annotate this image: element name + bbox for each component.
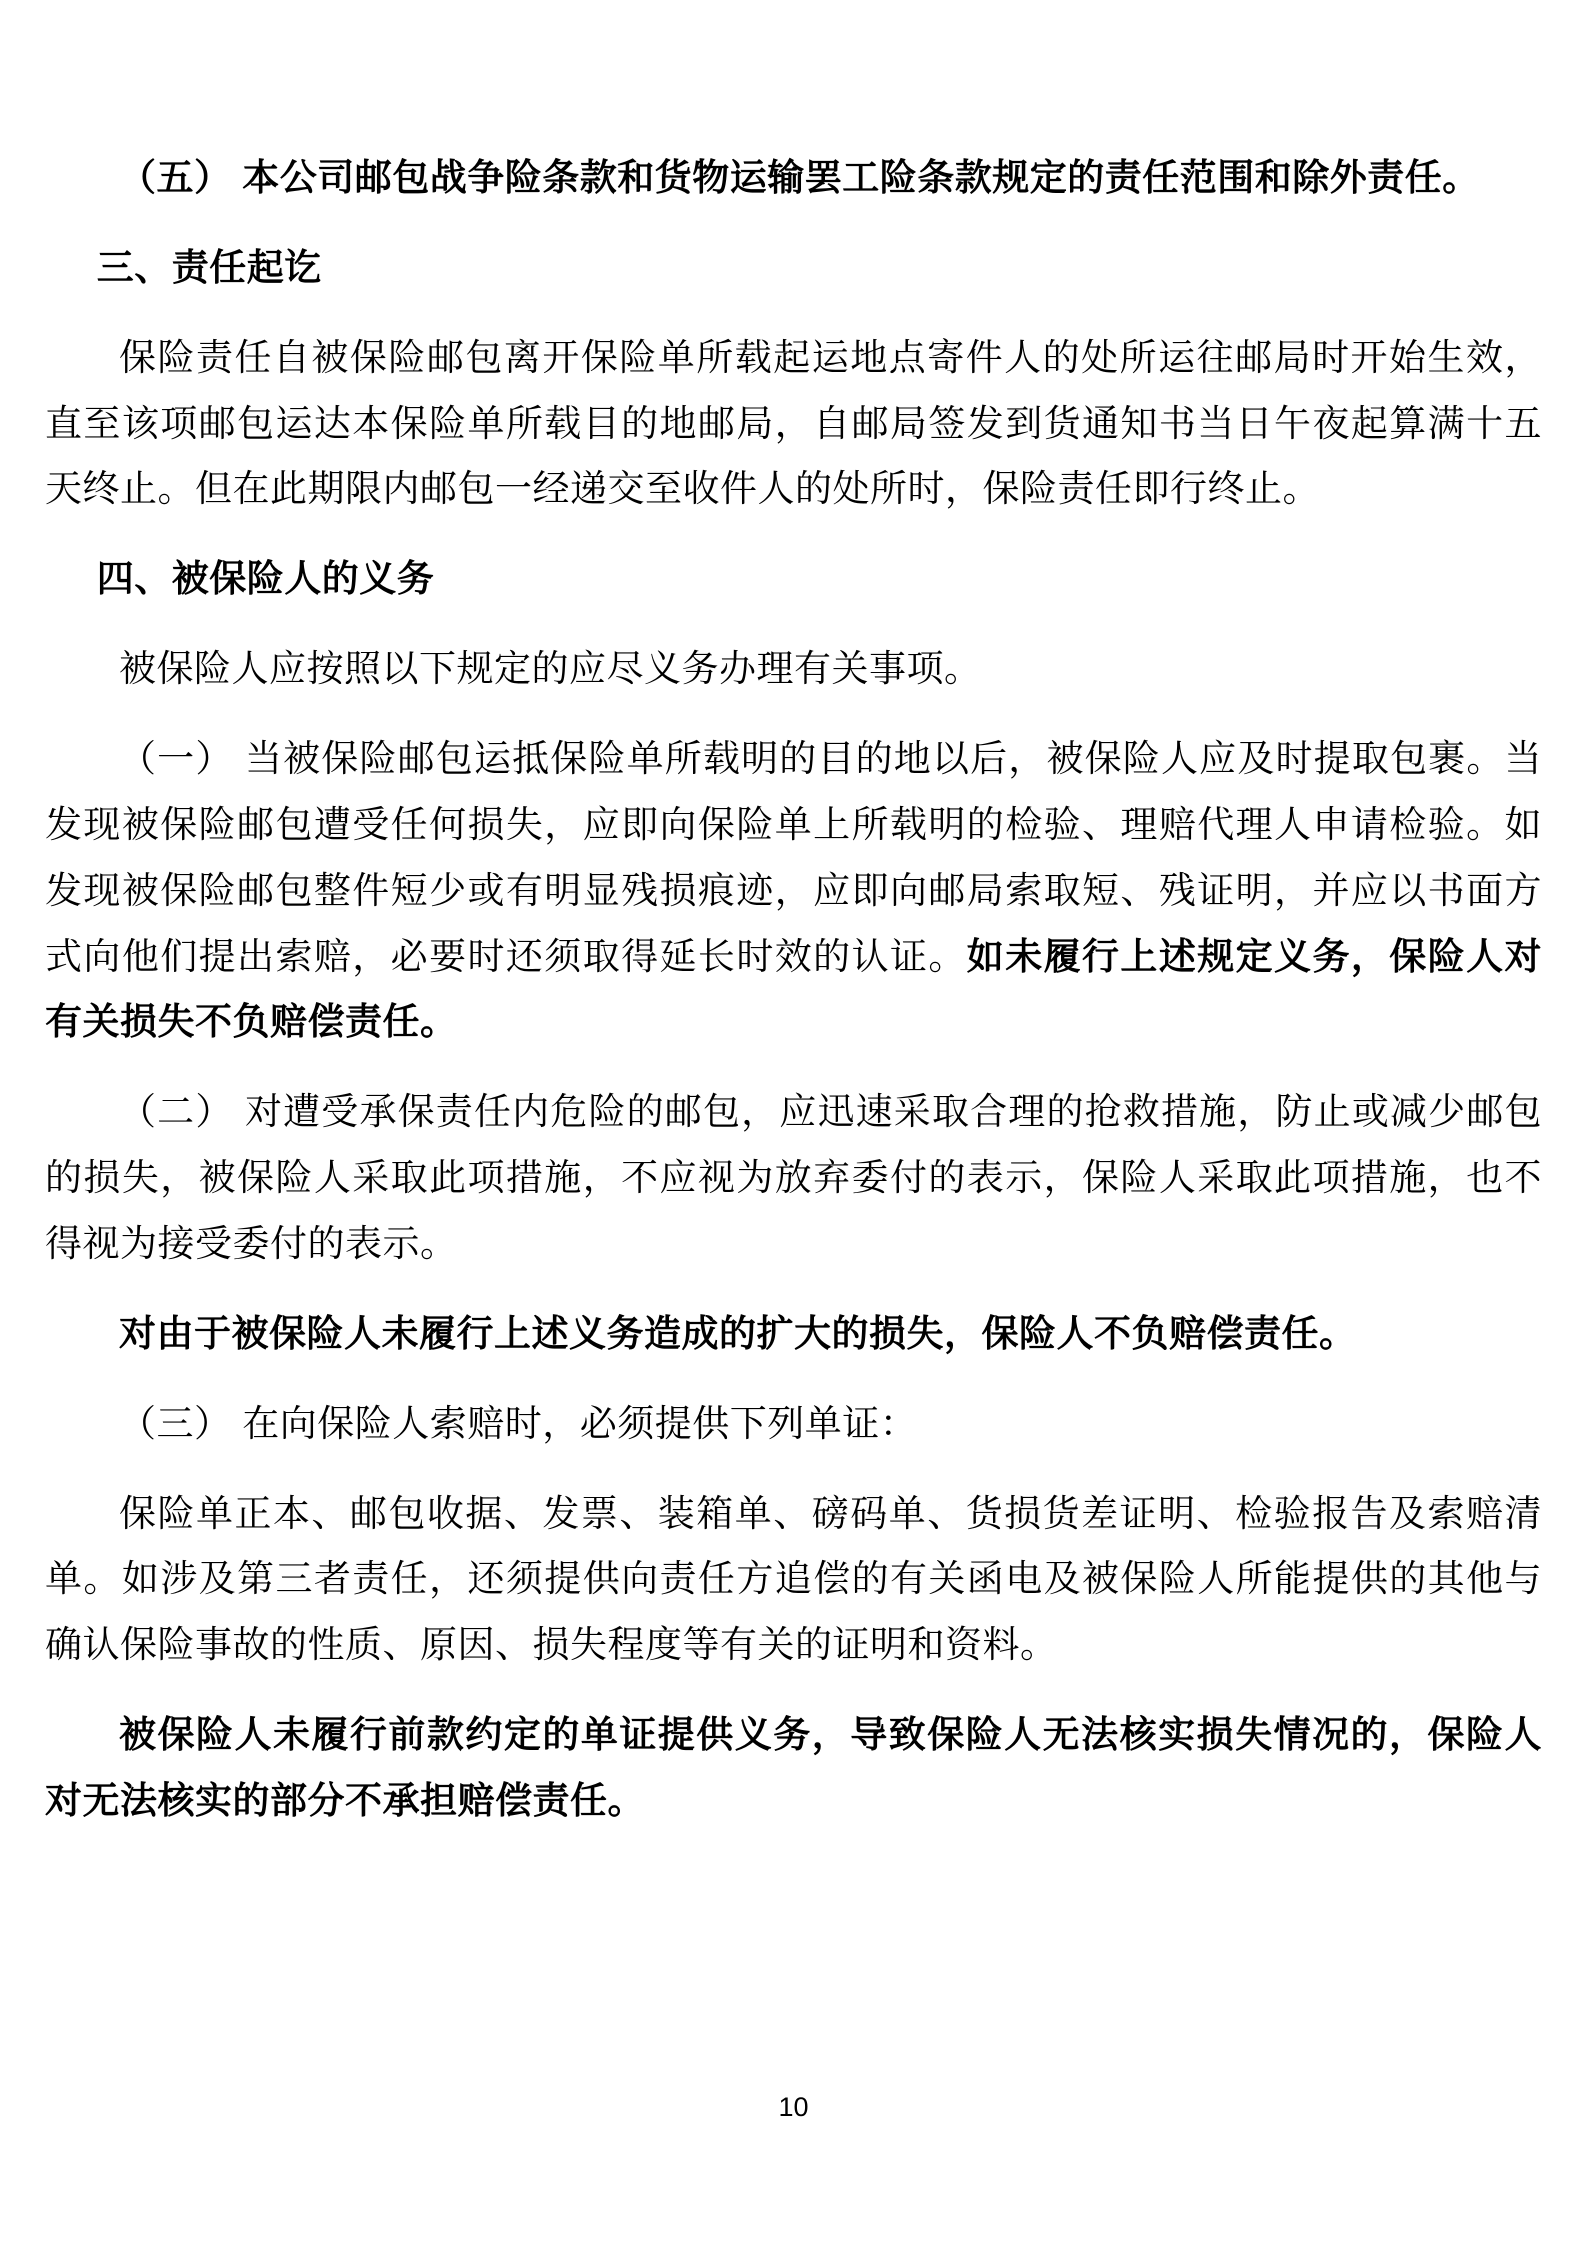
section-three-body: 保险责任自被保险邮包离开保险单所载起运地点寄件人的处所运往邮局时开始生效，直至该… [45,325,1542,523]
failure-to-provide-note: 被保险人未履行前款约定的单证提供义务，导致保险人无法核实损失情况的，保险人对无法… [45,1702,1542,1834]
page-number: 10 [0,2091,1587,2123]
clause-two: （二） 对遭受承保责任内危险的邮包，应迅速采取合理的抢救措施，防止或减少邮包的损… [45,1079,1542,1277]
document-page: （五） 本公司邮包战争险条款和货物运输罢工险条款规定的责任范围和除外责任。 三、… [0,0,1587,2245]
section-four-intro: 被保险人应按照以下规定的应尽义务办理有关事项。 [45,636,1542,702]
section-three-title: 三、责任起讫 [45,235,1542,301]
exclusion-item-five: （五） 本公司邮包战争险条款和货物运输罢工险条款规定的责任范围和除外责任。 [45,145,1542,211]
claim-documents: 保险单正本、邮包收据、发票、装箱单、磅码单、货损货差证明、检验报告及索赔清单。如… [45,1481,1542,1679]
clause-one: （一） 当被保险邮包运抵保险单所载明的目的地以后，被保险人应及时提取包裹。当发现… [45,726,1542,1055]
section-four-title: 四、被保险人的义务 [45,546,1542,612]
clause-three: （三） 在向保险人索赔时，必须提供下列单证： [45,1391,1542,1457]
enlarged-loss-note: 对由于被保险人未履行上述义务造成的扩大的损失，保险人不负赔偿责任。 [45,1301,1542,1367]
